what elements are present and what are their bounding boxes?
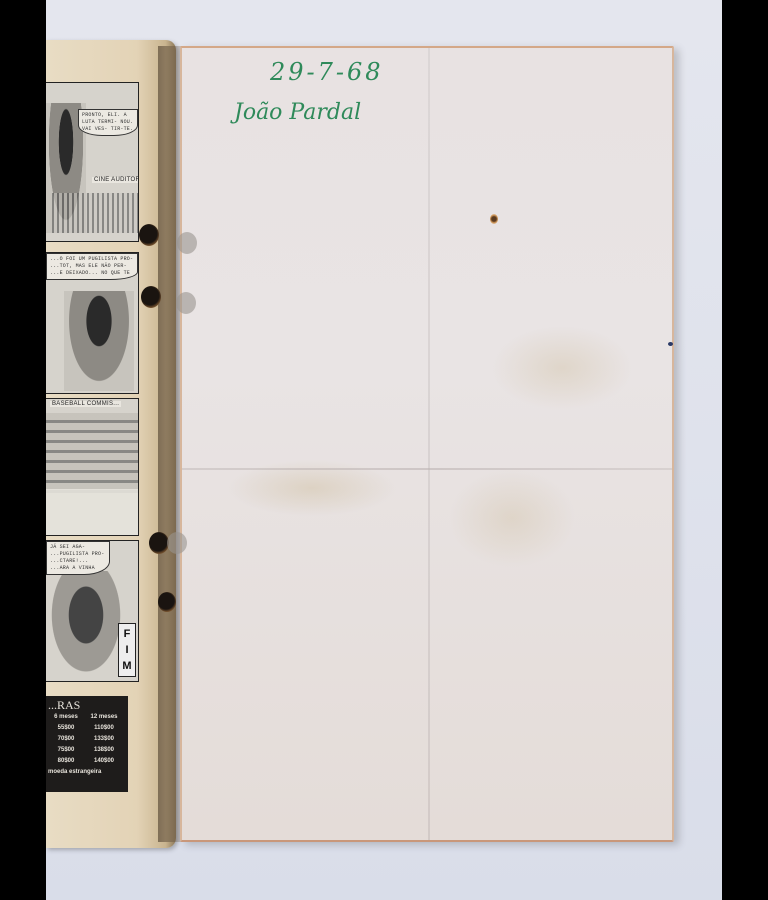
speech-bubble: PRONTO, ELI. A LUTA TERMI- NOU. VAI VES-… <box>78 109 138 136</box>
price: 75$00 <box>48 745 84 756</box>
blank-back-page: 29-7-68 João Pardal <box>180 46 674 842</box>
ad-title: ...RAS <box>48 698 128 712</box>
ad-col-12m: 12 meses <box>86 712 122 723</box>
binding-hole-shadow <box>167 532 187 554</box>
ad-footer: moeda estrangeira <box>48 767 128 777</box>
handwritten-name: João Pardal <box>234 100 361 125</box>
art-striped-background <box>52 193 138 233</box>
sign-text: BASEBALL COMMIS... <box>50 401 121 407</box>
letterbox-left <box>0 0 46 900</box>
binding-hole <box>141 286 161 308</box>
price: 140$00 <box>86 756 122 767</box>
figure-face-closeup <box>46 571 126 681</box>
rust-spot <box>490 214 498 224</box>
art-building <box>46 413 138 493</box>
ink-mark <box>668 342 673 346</box>
end-label: FIM <box>118 623 136 677</box>
ad-col-6m: 6 meses <box>48 712 84 723</box>
binding-hole <box>158 592 176 612</box>
comic-page: PRONTO, ELI. A LUTA TERMI- NOU. VAI VES-… <box>46 40 176 848</box>
comic-panel-1: PRONTO, ELI. A LUTA TERMI- NOU. VAI VES-… <box>46 82 139 242</box>
paper-crease-vertical <box>428 48 430 840</box>
letterbox-right <box>722 0 768 900</box>
ad-price-row: 70$00 133$00 <box>48 734 128 745</box>
binding-hole-shadow <box>176 292 196 314</box>
binding-hole <box>139 224 159 246</box>
comic-panel-2: ...O FOI UM PUGILISTA PRO- ...TOT, MAS E… <box>46 252 139 394</box>
speech-bubble: JÁ SEI AGA- ...PUGILISTA PRO- ...CTARE!.… <box>46 541 110 575</box>
price: 55$00 <box>48 723 84 734</box>
comic-panel-4: JÁ SEI AGA- ...PUGILISTA PRO- ...CTARE!.… <box>46 540 139 682</box>
price: 138$00 <box>86 745 122 756</box>
binding-hole <box>149 532 169 554</box>
price: 110$00 <box>86 723 122 734</box>
art-cars <box>46 489 138 535</box>
subscription-price-box: ...RAS 6 meses 12 meses 55$00 110$00 70$… <box>46 696 128 792</box>
ad-price-row: 80$00 140$00 <box>48 756 128 767</box>
end-label-text: FIM <box>122 626 131 674</box>
price: 70$00 <box>48 734 84 745</box>
figure-man-suit <box>64 291 134 391</box>
comic-panel-3: BASEBALL COMMIS... <box>46 398 139 536</box>
ad-header-row: 6 meses 12 meses <box>48 712 128 723</box>
price: 133$00 <box>86 734 122 745</box>
binding-hole-shadow <box>177 232 197 254</box>
ad-price-row: 75$00 138$00 <box>48 745 128 756</box>
price: 80$00 <box>48 756 84 767</box>
handwritten-date: 29-7-68 <box>270 58 384 86</box>
ad-price-row: 55$00 110$00 <box>48 723 128 734</box>
paper-crease-horizontal <box>182 468 672 470</box>
sign-text: CINE AUDITORIUM <box>92 177 139 183</box>
speech-bubble: ...O FOI UM PUGILISTA PRO- ...TOT, MAS E… <box>46 253 138 280</box>
